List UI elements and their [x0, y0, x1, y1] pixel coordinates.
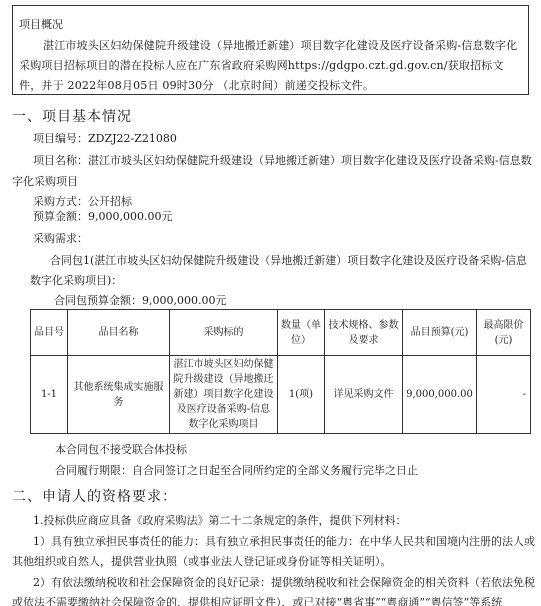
items-table: 品目号 品目名称 采购标的 数量（单位） 技术规格、参数及要求 品目预算(元) … [30, 309, 531, 434]
header-budget: 品目预算(元) [403, 310, 477, 356]
table-row: 1-1 其他系统集成实施服务 湛江市坡头区妇幼保健院升级建设（异地搬迁新建）项目… [31, 356, 531, 434]
table-header-row: 品目号 品目名称 采购标的 数量（单位） 技术规格、参数及要求 品目预算(元) … [31, 310, 531, 356]
budget-amount: 预算金额：9,000,000.00元 [33, 208, 172, 224]
qualification-item-1-1-line1: 1）具有独立承担民事责任的能力：具有独立承担民事责任的能力：在中华人民共和国境内… [33, 533, 535, 549]
qualification-item-1-2-line1: 2）有依法缴纳税收和社会保障资金的良好记录：提供缴纳税收和社会保障资金的相关资料… [33, 574, 535, 590]
cell-quantity: 1(项) [278, 356, 325, 434]
project-name-line2: 字化采购项目 [12, 173, 78, 189]
header-quantity: 数量（单位） [278, 310, 325, 356]
package-budget: 合同包预算金额：9,000,000.00元 [54, 292, 226, 308]
cell-item-name: 其他系统集成实施服务 [68, 356, 170, 434]
project-number: 项目编号：ZDZJ22-Z21080 [33, 130, 177, 146]
section2-heading: 二、申请人的资格要求： [12, 486, 177, 506]
package-line2: 数字化采购项目)： [30, 272, 122, 288]
qualification-item-1: 1.投标供应商应具备《政府采购法》第二十二条规定的条件，提供下列材料： [33, 512, 407, 528]
overview-title: 项目概况 [19, 16, 63, 32]
section1-heading: 一、项目基本情况 [12, 106, 132, 126]
overview-body: 湛江市坡头区妇幼保健院升级建设（异地搬迁新建）项目数字化建设及医疗设备采购-信息… [19, 36, 522, 96]
demand-label: 采购需求： [33, 230, 88, 246]
qualification-item-1-1-line2: 其他组织或自然人，提供营业执照（或事业法人登记证或身份证等相关证明）。 [12, 553, 392, 569]
project-overview-box: 项目概况 湛江市坡头区妇幼保健院升级建设（异地搬迁新建）项目数字化建设及医疗设备… [12, 5, 529, 95]
header-subject: 采购标的 [170, 310, 278, 356]
header-max-price: 最高限价(元) [477, 310, 531, 356]
procurement-method: 采购方式：公开招标 [33, 193, 132, 209]
cell-budget: 9,000,000.00 [403, 356, 477, 434]
cell-item-no: 1-1 [31, 356, 68, 434]
package-line1: 合同包1(湛江市坡头区妇幼保健院升级建设（异地搬迁新建）项目数字化建设及医疗设备… [50, 252, 527, 268]
header-item-no: 品目号 [31, 310, 68, 356]
project-name-line1: 项目名称：湛江市坡头区妇幼保健院升级建设（异地搬迁新建）项目数字化建设及医疗设备… [33, 152, 532, 168]
cell-subject: 湛江市坡头区妇幼保健院升级建设（异地搬迁新建）项目数字化建设及医疗设备采购-信息… [170, 356, 278, 434]
header-spec: 技术规格、参数及要求 [325, 310, 403, 356]
cell-spec: 详见采购文件 [325, 356, 403, 434]
contract-term: 合同履行期限：自合同签订之日起至合同所约定的全部义务履行完毕之日止 [55, 462, 418, 478]
header-item-name: 品目名称 [68, 310, 170, 356]
qualification-item-1-2-line2: 或依法不需要缴纳社会保障资金的，提供相应证明文件），或已对接“粤省事”“粤商通”… [12, 594, 502, 606]
no-consortium-note: 本合同包不接受联合体投标 [55, 441, 187, 457]
cell-max-price: - [477, 356, 531, 434]
